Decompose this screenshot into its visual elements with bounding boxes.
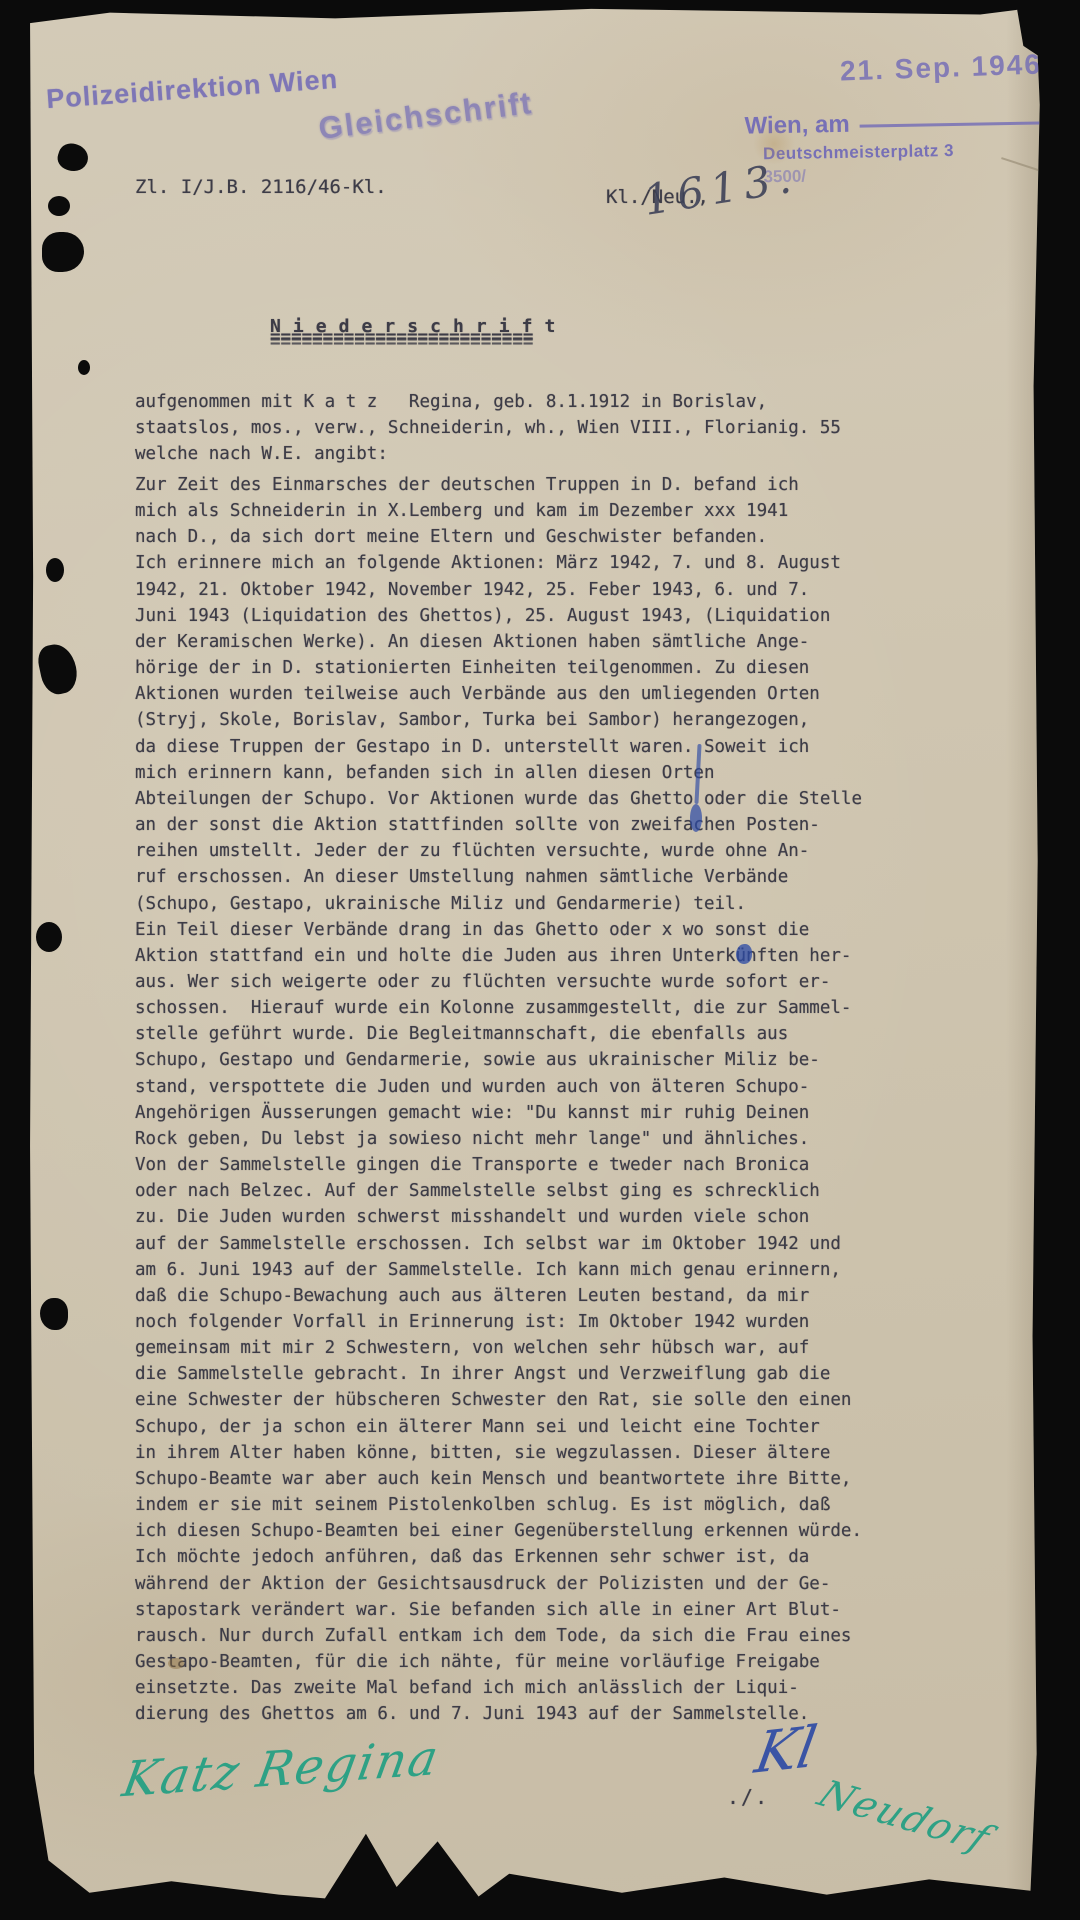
- text-line: Abteilungen der Schupo. Vor Aktionen wur…: [135, 786, 862, 812]
- text-line: mich als Schneiderin in X.Lemberg und ka…: [135, 498, 862, 524]
- text-line: in ihrem Alter haben könne, bitten, sie …: [135, 1440, 862, 1466]
- document-page: Polizeidirektion Wien Gleichschrift 21. …: [28, 6, 1052, 1906]
- text-line: Aktion stattfand ein und holte die Juden…: [135, 943, 862, 969]
- text-line: der Keramischen Werke). An diesen Aktion…: [135, 629, 862, 655]
- text-line: Schupo-Beamte war aber auch kein Mensch …: [135, 1466, 862, 1492]
- typed-separator: ./.: [727, 1784, 769, 1810]
- body-paragraph: Zur Zeit des Einmarsches der deutschen T…: [135, 472, 862, 1728]
- text-line: welche nach W.E. angibt:: [135, 441, 841, 467]
- text-line: 1942, 21. Oktober 1942, November 1942, 2…: [135, 577, 862, 603]
- date-stamp: 21. Sep. 1946: [840, 48, 1043, 87]
- text-line: stapostark verändert war. Sie befanden s…: [135, 1597, 862, 1623]
- text-line: stelle geführt wurde. Die Begleitmannsch…: [135, 1021, 862, 1047]
- punch-hole: [46, 558, 64, 582]
- text-line: schossen. Hierauf wurde ein Kolonne zusa…: [135, 995, 862, 1021]
- punch-hole: [42, 232, 84, 272]
- ink-blot: [736, 944, 752, 964]
- text-line: auf der Sammelstelle erschossen. Ich sel…: [135, 1231, 862, 1257]
- punch-hole: [55, 140, 92, 175]
- text-line: Gestapo-Beamten, für die ich nähte, für …: [135, 1649, 862, 1675]
- text-line: Schupo, Gestapo und Gendarmerie, sowie a…: [135, 1047, 862, 1073]
- punch-hole: [48, 196, 70, 216]
- text-line: stand, verspottete die Juden und wurden …: [135, 1074, 862, 1100]
- text-line: Ich erinnere mich an folgende Aktionen: …: [135, 550, 862, 576]
- text-line: Ich möchte jedoch anführen, daß das Erke…: [135, 1544, 862, 1570]
- title-block: N i e d e r s c h r i f t ==============…: [270, 314, 556, 355]
- text-line: gemeinsam mit mir 2 Schwestern, von welc…: [135, 1335, 862, 1361]
- witness-signature: Katz Regina: [118, 1730, 444, 1809]
- text-line: daß die Schupo-Bewachung auch aus ältere…: [135, 1283, 862, 1309]
- text-line: eine Schwester der hübscheren Schwester …: [135, 1387, 862, 1413]
- text-line: einsetzte. Das zweite Mal befand ich mic…: [135, 1675, 862, 1701]
- clerk-initial-signature: Kl: [750, 1714, 821, 1787]
- text-line: da diese Truppen der Gestapo in D. unter…: [135, 734, 862, 760]
- intro-paragraph: aufgenommen mit K a t z Regina, geb. 8.1…: [135, 389, 841, 467]
- text-line: am 6. Juni 1943 auf der Sammelstelle. Ic…: [135, 1257, 862, 1283]
- text-line: zu. Die Juden wurden schwerst misshandel…: [135, 1204, 862, 1230]
- text-line: die Sammelstelle gebracht. In ihrer Angs…: [135, 1361, 862, 1387]
- text-line: aus. Wer sich weigerte oder zu flüchten …: [135, 969, 862, 995]
- text-line: (Schupo, Gestapo, ukrainische Miliz und …: [135, 891, 862, 917]
- stain: [168, 1658, 184, 1669]
- agency-stamp: Polizeidirektion Wien: [45, 64, 339, 115]
- text-line: indem er sie mit seinem Pistolenkolben s…: [135, 1492, 862, 1518]
- text-line: staatslos, mos., verw., Schneiderin, wh.…: [135, 415, 841, 441]
- copy-stamp: Gleichschrift: [317, 85, 535, 147]
- text-line: dierung des Ghettos am 6. und 7. Juni 19…: [135, 1701, 862, 1727]
- text-line: mich erinnern kann, befanden sich in all…: [135, 760, 862, 786]
- text-line: Zur Zeit des Einmarsches der deutschen T…: [135, 472, 862, 498]
- text-line: (Stryj, Skole, Borislav, Sambor, Turka b…: [135, 707, 862, 733]
- date-underline: [860, 121, 1046, 127]
- punch-hole: [78, 360, 90, 375]
- reference-number: Zl. I/J.B. 2116/46-Kl.: [135, 174, 387, 200]
- ink-blot: [690, 804, 702, 832]
- text-line: Ein Teil dieser Verbände drang in das Gh…: [135, 917, 862, 943]
- text-line: noch folgender Vorfall in Erinnerung ist…: [135, 1309, 862, 1335]
- text-line: ruf erschossen. An dieser Umstellung nah…: [135, 864, 862, 890]
- text-line: Juni 1943 (Liquidation des Ghettos), 25.…: [135, 603, 862, 629]
- punch-hole: [36, 922, 62, 952]
- text-line: während der Aktion der Gesichtsausdruck …: [135, 1571, 862, 1597]
- text-line: aufgenommen mit K a t z Regina, geb. 8.1…: [135, 389, 841, 415]
- text-line: Rock geben, Du lebst ja sowieso nicht me…: [135, 1126, 862, 1152]
- text-line: hörige der in D. stationierten Einheiten…: [135, 655, 862, 681]
- punch-hole: [40, 1298, 68, 1330]
- text-line: oder nach Belzec. Auf der Sammelstelle s…: [135, 1178, 862, 1204]
- official-signature: Neudorf: [811, 1772, 999, 1860]
- text-line: Schupo, der ja schon ein älterer Mann se…: [135, 1414, 862, 1440]
- text-line: Aktionen wurden teilweise auch Verbände …: [135, 681, 862, 707]
- title-underline: =========================: [270, 329, 556, 355]
- stain: [752, 124, 796, 164]
- text-line: nach D., da sich dort meine Eltern und G…: [135, 524, 862, 550]
- text-line: reihen umstellt. Jeder der zu flüchten v…: [135, 838, 862, 864]
- place-stamp-street: Deutschmeisterplatz 3: [763, 139, 1046, 164]
- punch-hole: [35, 641, 81, 697]
- text-line: Von der Sammelstelle gingen die Transpor…: [135, 1152, 862, 1178]
- text-line: rausch. Nur durch Zufall entkam ich dem …: [135, 1623, 862, 1649]
- text-line: an der sonst die Aktion stattfinden soll…: [135, 812, 862, 838]
- place-stamp-number: 3500/: [763, 162, 1046, 187]
- text-line: ich diesen Schupo-Beamten bei einer Gege…: [135, 1518, 862, 1544]
- scan-background: Polizeidirektion Wien Gleichschrift 21. …: [0, 0, 1080, 1920]
- text-line: Angehörigen Äusserungen gemacht wie: "Du…: [135, 1100, 862, 1126]
